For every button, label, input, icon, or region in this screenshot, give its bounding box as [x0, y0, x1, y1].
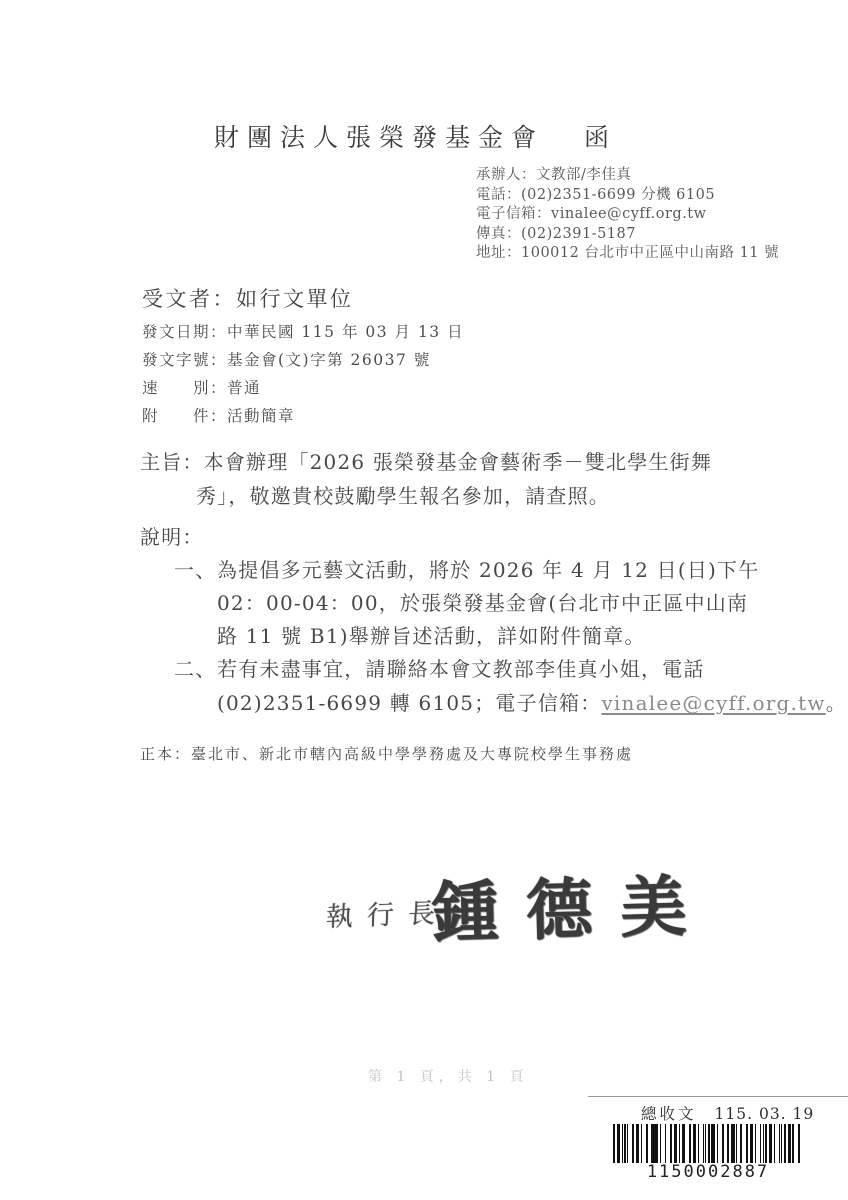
- contact-fax-line: 傳真：(02)2391-5187: [476, 225, 779, 245]
- contact-detail-text: (02)2351-6699 轉 6105；電子信箱：: [217, 691, 601, 715]
- scanned-letter-page: 財團法人張榮發基金會函 承辦人：文教部/李佳真 電話：(02)2351-6699…: [0, 0, 848, 1200]
- description-item1-line3: 路 11 號 B1)舉辦旨述活動，詳如附件簡章。: [217, 620, 646, 649]
- contact-phone-line: 電話：(02)2351-6699 分機 6105: [476, 186, 779, 206]
- description-item2-line2: (02)2351-6699 轉 6105；電子信箱：vinalee@cyff.o…: [217, 687, 847, 716]
- email-hyperlink[interactable]: vinalee@cyff.org.tw: [601, 691, 825, 715]
- received-stamp-date: 115. 03. 19: [715, 1105, 815, 1123]
- sentence-end: 。: [826, 691, 847, 715]
- contact-address-line: 地址：100012 台北市中正區中山南路 11 號: [476, 244, 779, 264]
- priority-line: 速 別：普通: [142, 376, 261, 398]
- contact-info-block: 承辦人：文教部/李佳真 電話：(02)2351-6699 分機 6105 電子信…: [476, 166, 779, 264]
- recipient-line: 受文者：如行文單位: [142, 283, 354, 313]
- copy-to-line: 正本：臺北市、新北市轄內高級中學學務處及大專院校學生事務處: [140, 743, 633, 764]
- description-item1-line1: 為提倡多元藝文活動，將於 2026 年 4 月 12 日(日)下午: [217, 554, 759, 583]
- page-number-footer: 第 1 頁，共 1 頁: [368, 1066, 529, 1086]
- subject-line-2: 秀」，敬邀貴校鼓勵學生報名參加，請查照。: [196, 480, 610, 509]
- issue-date-line: 發文日期：中華民國 115 年 03 月 13 日: [142, 320, 464, 342]
- received-stamp-label: 總收文: [641, 1105, 697, 1123]
- signature-name: 鍾德美: [431, 852, 715, 954]
- description-item2-number: 二、: [174, 653, 216, 682]
- received-stamp-header: 總收文115. 03. 19: [641, 1102, 814, 1124]
- doc-number-line: 發文字號：基金會(文)字第 26037 號: [142, 348, 431, 370]
- org-name: 財團法人張榮發基金會: [214, 123, 544, 152]
- attachment-line: 附 件：活動簡章: [142, 404, 295, 426]
- stamp-divider-line: [588, 1096, 848, 1097]
- description-item1-line2: 02：00-04：00，於張榮發基金會(台北市中正區中山南: [217, 587, 748, 616]
- doc-type-label: 函: [584, 123, 617, 152]
- subject-line-1: 主旨：本會辦理「2026 張榮發基金會藝術季－雙北學生街舞: [140, 446, 712, 475]
- description-item2-line1: 若有未盡事宜，請聯絡本會文教部李佳真小姐，電話: [217, 653, 705, 682]
- barcode: [613, 1124, 803, 1163]
- description-heading: 說明：: [140, 521, 204, 550]
- document-title: 財團法人張榮發基金會函: [214, 118, 617, 154]
- contact-email-line: 電子信箱：vinalee@cyff.org.tw: [476, 205, 779, 225]
- contact-person-line: 承辦人：文教部/李佳真: [476, 166, 779, 186]
- barcode-number: 1150002887: [613, 1162, 803, 1182]
- description-item1-number: 一、: [174, 554, 216, 583]
